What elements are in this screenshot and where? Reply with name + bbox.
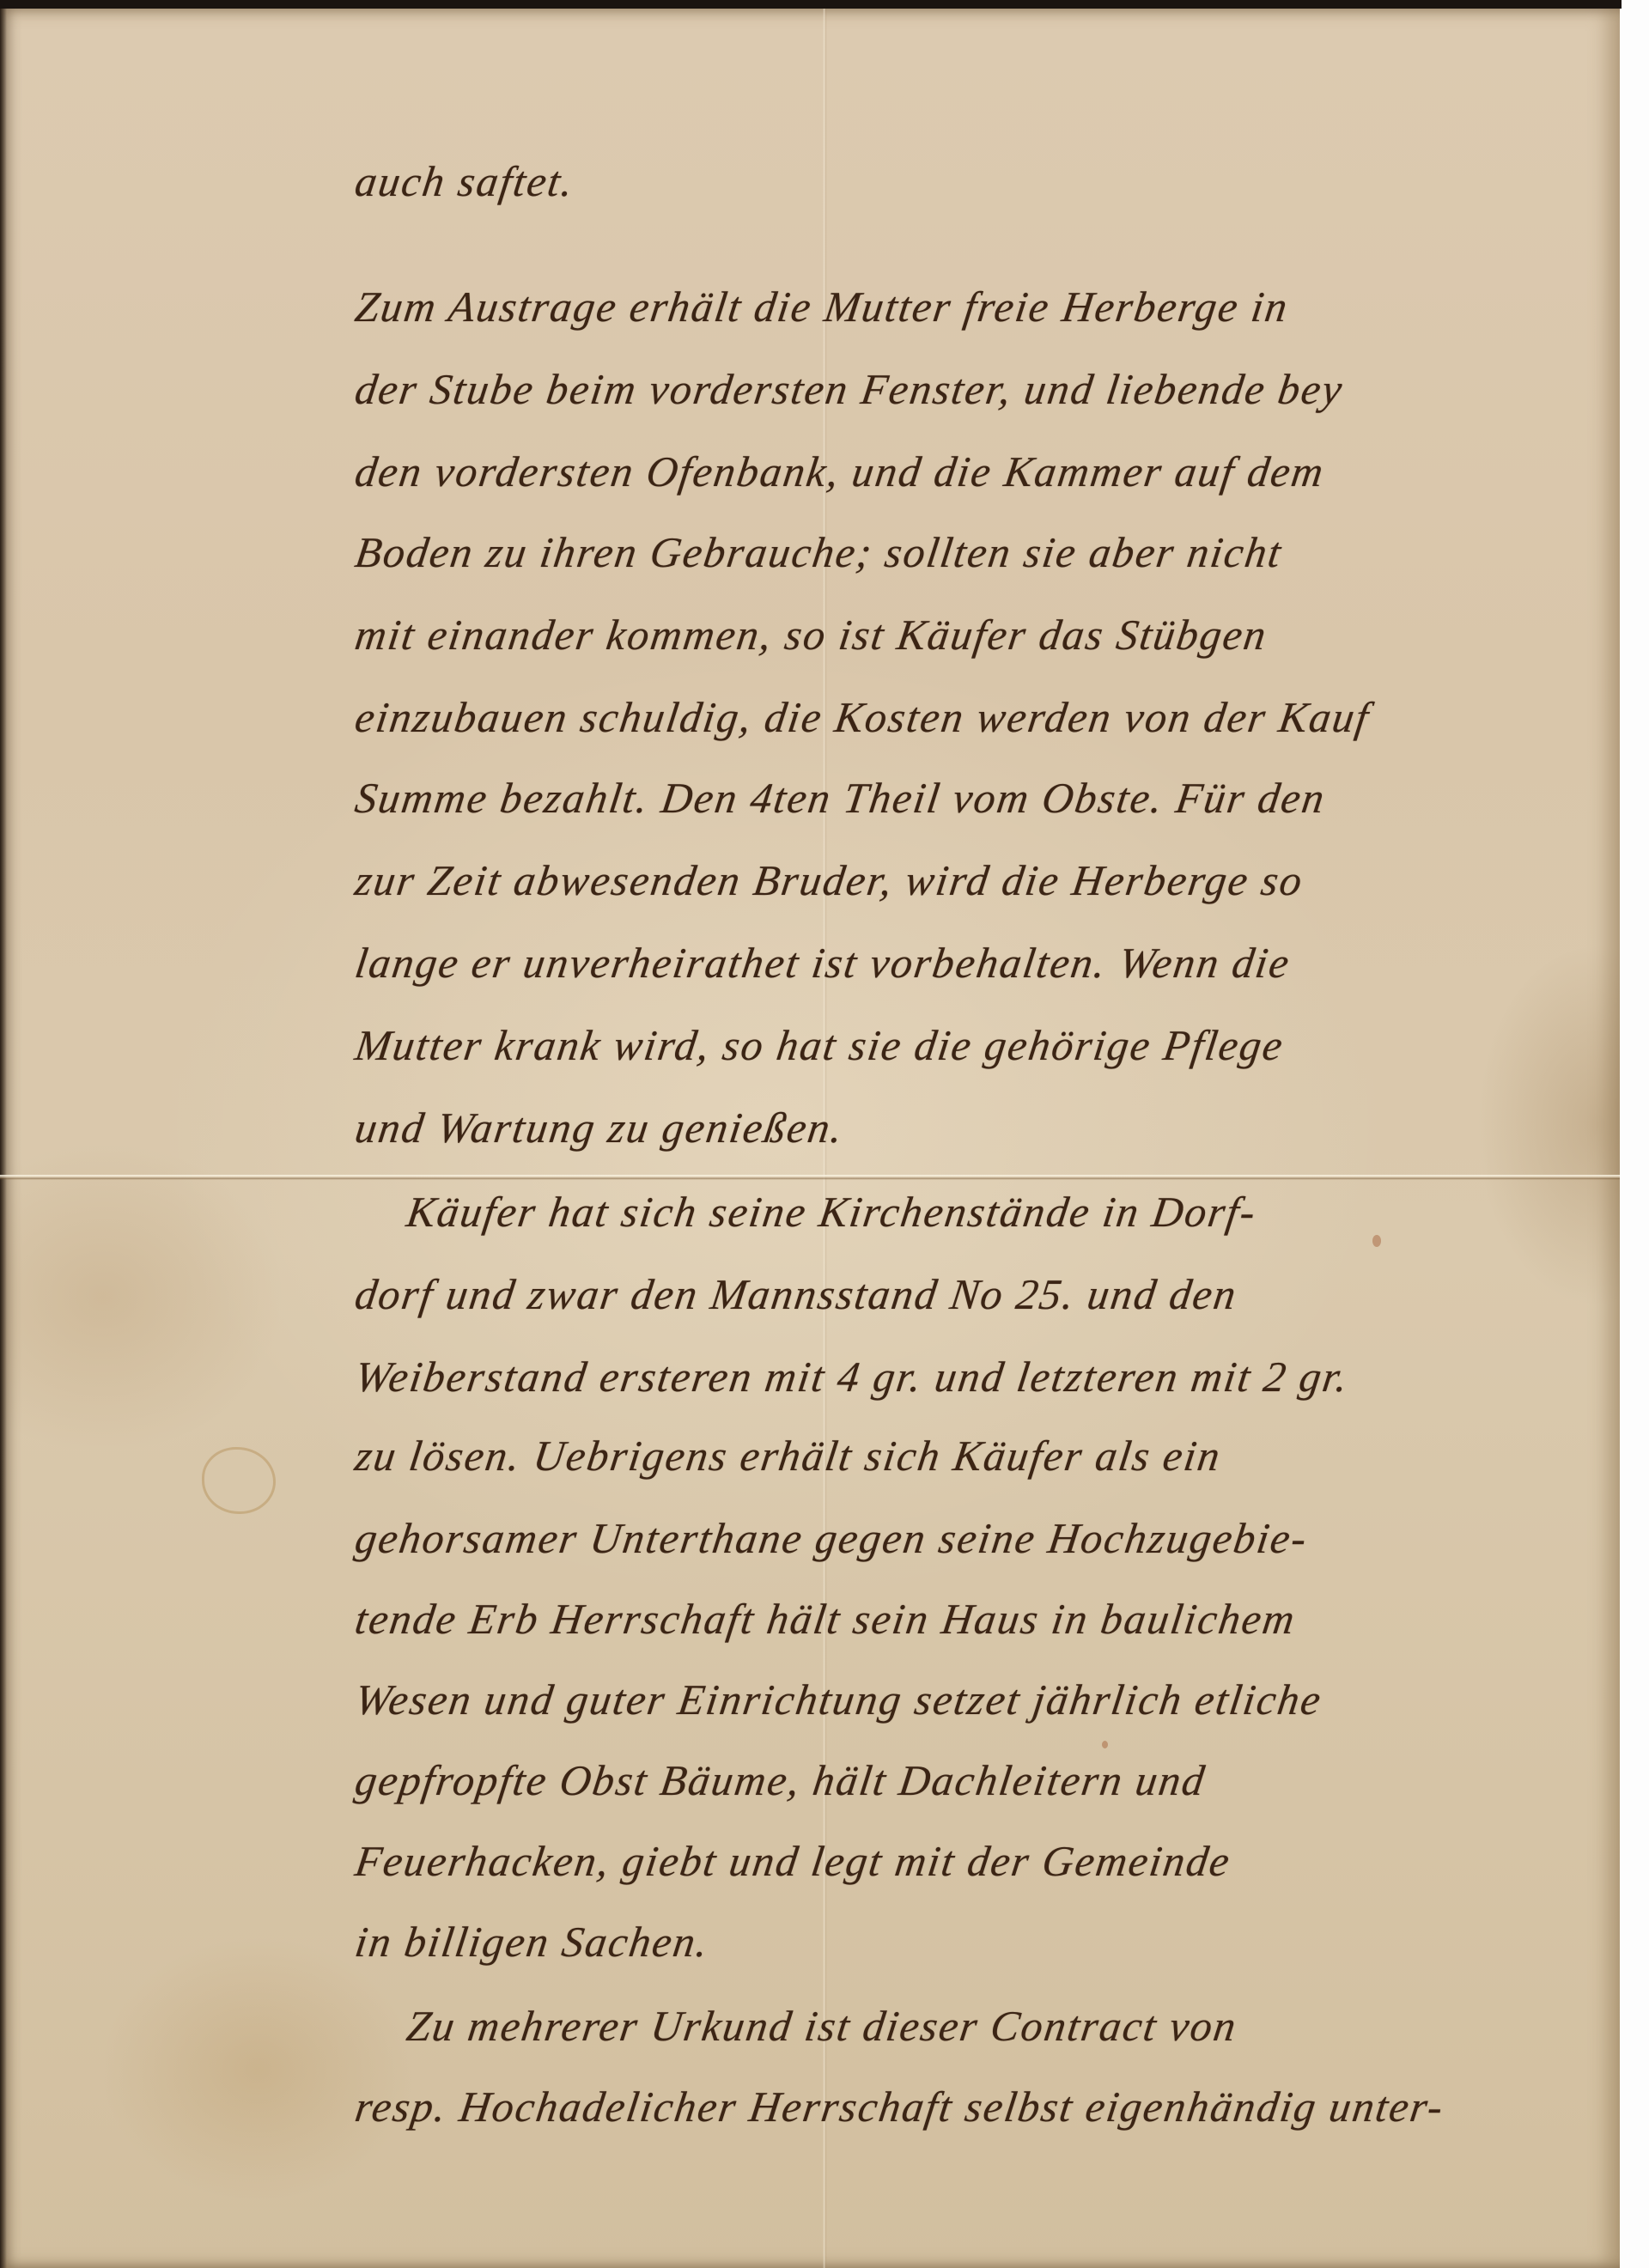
text-line-23: Zu mehrerer Urkund ist dieser Contract v… bbox=[404, 2001, 1240, 2051]
handwritten-text-block: auch saftet. Zum Austrage erhält die Mut… bbox=[0, 0, 1620, 2268]
text-line-14: dorf und zwar den Mannsstand No 25. und … bbox=[352, 1269, 1240, 1319]
text-line-9: zur Zeit abwesenden Bruder, wird die Her… bbox=[352, 855, 1306, 905]
text-line-20: gepfropfte Obst Bäume, hält Dachleitern … bbox=[352, 1755, 1209, 1805]
text-line-16: zu lösen. Uebrigens erhält sich Käufer a… bbox=[352, 1431, 1225, 1481]
text-line-7: einzubauen schuldig, die Kosten werden v… bbox=[352, 692, 1373, 742]
text-line-22: in billigen Sachen. bbox=[352, 1917, 713, 1967]
text-line-1: auch saftet. bbox=[352, 156, 578, 206]
text-line-10: lange er unverheirathet ist vorbehalten.… bbox=[352, 938, 1293, 988]
text-line-4: den vordersten Ofenbank, und die Kammer … bbox=[352, 447, 1328, 496]
text-line-24: resp. Hochadelicher Herrschaft selbst ei… bbox=[352, 2082, 1447, 2131]
text-line-21: Feuerhacken, giebt und legt mit der Geme… bbox=[352, 1836, 1234, 1886]
text-line-3: der Stube beim vordersten Fenster, und l… bbox=[352, 364, 1347, 414]
text-line-19: Wesen und guter Einrichtung setzet jährl… bbox=[352, 1675, 1325, 1724]
text-line-17: gehorsamer Unterthane gegen seine Hochzu… bbox=[352, 1513, 1311, 1563]
text-line-12: und Wartung zu genießen. bbox=[352, 1103, 847, 1152]
text-line-6: mit einander kommen, so ist Käufer das S… bbox=[352, 610, 1271, 660]
text-line-11: Mutter krank wird, so hat sie die gehöri… bbox=[352, 1020, 1287, 1070]
text-line-13: Käufer hat sich seine Kirchenstände in D… bbox=[404, 1187, 1260, 1237]
text-line-18: tende Erb Herrschaft hält sein Haus in b… bbox=[352, 1594, 1299, 1644]
text-line-5: Boden zu ihren Gebrauche; sollten sie ab… bbox=[352, 527, 1286, 577]
text-line-15: Weiberstand ersteren mit 4 gr. und letzt… bbox=[352, 1352, 1353, 1402]
text-line-8: Summe bezahlt. Den 4ten Theil vom Obste.… bbox=[352, 773, 1329, 823]
text-line-2: Zum Austrage erhält die Mutter freie Her… bbox=[352, 282, 1292, 331]
